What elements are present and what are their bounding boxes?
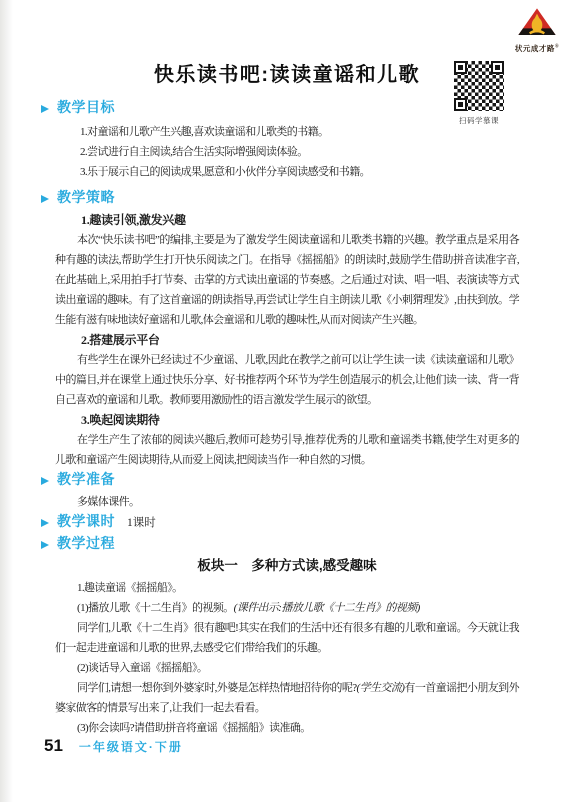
section-heading-label: 教学目标 bbox=[57, 98, 115, 120]
section-heading-process: 教学过程 bbox=[41, 534, 519, 556]
teacher-dialogue: 同学们,儿歌《十二生肖》很有趣吧!其实在我们的生活中还有很多有趣的儿歌和童谣。今… bbox=[55, 618, 519, 658]
section-heading-label: 教学策略 bbox=[57, 188, 115, 210]
process-step: (1)播放儿歌《十二生肖》的视频。(课件出示:播放儿歌《十二生肖》的视频) bbox=[55, 598, 519, 618]
brand-logo-text: 状元成才路® bbox=[511, 43, 563, 54]
page-number: 51 bbox=[44, 736, 63, 756]
goal-item: 2.尝试进行自主阅读,结合生活实际增强阅读体验。 bbox=[55, 142, 519, 162]
process-step-title: 1.趣读童谣《摇摇船》。 bbox=[55, 578, 519, 598]
brand-logo: 状元成才路® bbox=[511, 7, 563, 54]
document-page: 状元成才路® 扫码学慕课 快乐读书吧:读读童谣和儿歌 教学目标 1.对童谣和儿歌… bbox=[0, 0, 574, 802]
section-heading-label: 教学过程 bbox=[57, 534, 115, 556]
triangle-marker-icon bbox=[41, 541, 49, 549]
book-title: 一年级语文·下册 bbox=[79, 738, 183, 755]
process-block-title: 板块一 多种方式读,感受趣味 bbox=[55, 556, 519, 576]
lesson-content: 教学目标 1.对童谣和儿歌产生兴趣,喜欢读童谣和儿歌类的书籍。 2.尝试进行自主… bbox=[55, 98, 519, 738]
qr-finder-icon bbox=[491, 61, 504, 74]
page-edge-shade bbox=[0, 0, 13, 802]
duration-value: 1课时 bbox=[127, 512, 156, 534]
goal-item: 1.对童谣和儿歌产生兴趣,喜欢读童谣和儿歌类的书籍。 bbox=[55, 122, 519, 142]
section-heading-label: 教学课时 bbox=[57, 512, 115, 534]
strategy-paragraph: 有些学生在课外已经读过不少童谣、儿歌,因此在教学之前可以让学生读一读《读读童谣和… bbox=[55, 350, 519, 410]
section-heading-preparation: 教学准备 bbox=[41, 470, 519, 492]
strategy-subhead: 1.趣读引领,激发兴趣 bbox=[81, 210, 519, 230]
student-activity-note: (学生交流) bbox=[357, 682, 405, 694]
courseware-note: (课件出示:播放儿歌《十二生肖》的视频) bbox=[234, 602, 420, 614]
section-heading-duration: 教学课时 1课时 bbox=[41, 512, 519, 534]
triangle-marker-icon bbox=[41, 519, 49, 527]
section-heading-strategies: 教学策略 bbox=[41, 188, 519, 210]
step-text: (1)播放儿歌《十二生肖》的视频。 bbox=[77, 602, 234, 614]
triangle-marker-icon bbox=[41, 195, 49, 203]
strategy-paragraph: 本次“快乐读书吧”的编排,主要是为了激发学生阅读童谣和儿歌类书籍的兴趣。教学重点… bbox=[55, 230, 519, 330]
section-heading-label: 教学准备 bbox=[57, 470, 115, 492]
strategy-subhead: 2.搭建展示平台 bbox=[81, 330, 519, 350]
triangle-marker-icon bbox=[41, 477, 49, 485]
qr-finder-icon bbox=[454, 98, 467, 111]
brand-logo-icon bbox=[517, 7, 557, 37]
dialogue-text: 同学们,请想一想你到外婆家时,外婆是怎样热情地招待你的呢? bbox=[77, 682, 357, 694]
section-heading-goals: 教学目标 bbox=[41, 98, 519, 120]
strategy-subhead: 3.唤起阅读期待 bbox=[81, 410, 519, 430]
preparation-text: 多媒体课件。 bbox=[55, 492, 519, 512]
page-footer: 51 一年级语文·下册 bbox=[44, 736, 183, 756]
qr-finder-icon bbox=[454, 61, 467, 74]
triangle-marker-icon bbox=[41, 105, 49, 113]
strategy-paragraph: 在学生产生了浓郁的阅读兴趣后,教师可趁势引导,推荐优秀的儿歌和童谣类书籍,使学生… bbox=[55, 430, 519, 470]
qr-code-icon bbox=[454, 61, 504, 111]
qr-code-block: 扫码学慕课 bbox=[453, 61, 505, 126]
process-step: (3)你会读吗?请借助拼音将童谣《摇摇船》读准确。 bbox=[55, 718, 519, 738]
process-step: (2)谈话导入童谣《摇摇船》。 bbox=[55, 658, 519, 678]
qr-caption: 扫码学慕课 bbox=[453, 115, 505, 126]
goal-item: 3.乐于展示自己的阅读成果,愿意和小伙伴分享阅读感受和书籍。 bbox=[55, 162, 519, 182]
teacher-dialogue: 同学们,请想一想你到外婆家时,外婆是怎样热情地招待你的呢?(学生交流)有一首童谣… bbox=[55, 678, 519, 718]
